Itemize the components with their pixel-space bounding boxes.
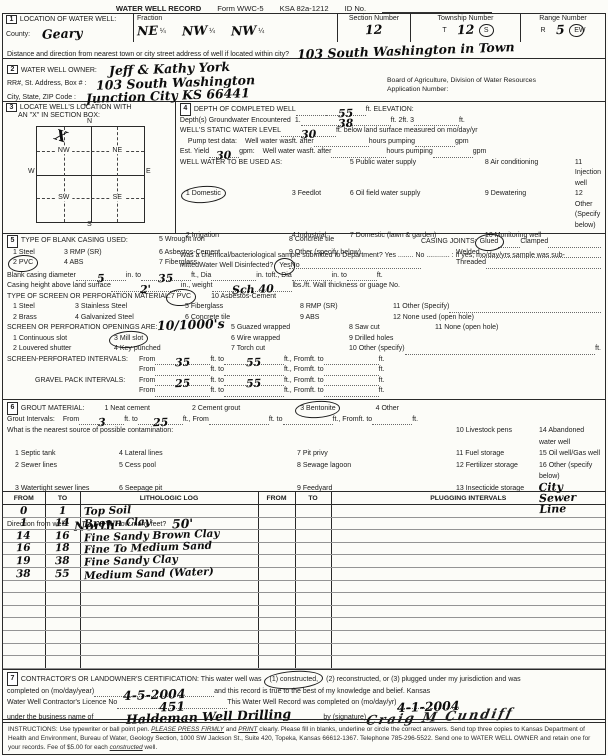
section-5-casing: 5TYPE OF BLANK CASING USED: 5 Wrought ir… bbox=[3, 234, 605, 400]
ft-label: ft. bbox=[379, 376, 385, 387]
ft-label: ft. bbox=[459, 116, 465, 127]
ft-label: ft. bbox=[595, 344, 601, 355]
from-label: From bbox=[63, 415, 79, 426]
in-to-label: in. to bbox=[126, 271, 141, 282]
joint-welded: Welded bbox=[456, 248, 480, 259]
groundwater-2-label: ft. 2 bbox=[391, 116, 403, 127]
openings-title-text: SCREEN OR PERFORATION OPENINGS ARE: bbox=[7, 324, 157, 331]
contamination-label: What is the nearest source of possible c… bbox=[7, 425, 456, 448]
litho-row: 1618Fine To Medium Sand bbox=[3, 542, 605, 555]
constructed-emphasis: constructed bbox=[110, 744, 143, 751]
col-plugging-intervals: PLUGGING INTERVALS bbox=[331, 492, 605, 505]
quadrant-ne-label: NE bbox=[109, 147, 125, 154]
groundwater-1-value: 38 bbox=[338, 118, 354, 130]
ft-from-label: ft., From bbox=[183, 415, 209, 426]
litho-from: 0 bbox=[20, 505, 28, 516]
litho-row-empty bbox=[3, 656, 605, 669]
compass-north-label: N bbox=[87, 118, 92, 125]
gpm-colon-label: gpm: bbox=[239, 147, 255, 158]
hours-pumping-label: hours pumping bbox=[369, 137, 415, 148]
section-7-certification: 7 CONTRACTOR'S OR LANDOWNER'S CERTIFICAT… bbox=[3, 670, 605, 720]
compass-east-label: E bbox=[146, 168, 151, 175]
fraction-label: Fraction bbox=[137, 15, 334, 22]
section-number-cell: Section Number 12 bbox=[338, 14, 411, 42]
range-value: 5 bbox=[555, 24, 564, 37]
groundwater-label: Depth(s) Groundwater Encountered bbox=[180, 116, 291, 127]
instructions-text-1c: and bbox=[224, 726, 238, 733]
static-level-label: WELL'S STATIC WATER LEVEL bbox=[180, 126, 281, 137]
screen-interval-to: 55 bbox=[246, 357, 262, 369]
joint-glued-circled: Glued bbox=[480, 237, 499, 248]
option-other-specify: 12 Other (Specify below) bbox=[575, 189, 601, 231]
contam-fertilizer-storage: 12 Fertilizer storage bbox=[456, 460, 539, 483]
from-label: From bbox=[139, 376, 155, 387]
form-number: Form WWC-5 bbox=[217, 4, 263, 13]
litho-to: 38 bbox=[55, 556, 70, 567]
screen-intervals-label: SCREEN-PERFORATED INTERVALS: bbox=[7, 355, 139, 366]
section-2-owner: 2 WATER WELL OWNER: Jeff & Kathy York RR… bbox=[3, 59, 605, 102]
screen-fiberglass: 5 Fiberglass bbox=[185, 302, 300, 313]
casing-height-label: Casing height above land surface bbox=[7, 281, 111, 292]
litho-row-empty bbox=[3, 605, 605, 618]
fraction-2: NW bbox=[182, 25, 208, 38]
section-6-grout: 6 GROUT MATERIAL: 1 Neat cement 2 Cement… bbox=[3, 400, 605, 492]
contam-septic-tank: 1 Septic tank bbox=[7, 448, 119, 460]
est-yield-label: Est. Yield bbox=[180, 147, 209, 158]
instructions-text-3a: records. Fee of $5.00 for each bbox=[22, 744, 109, 751]
ft-from-label: ft., From bbox=[333, 415, 359, 426]
id-number-blank bbox=[382, 4, 492, 13]
section-3-locate: 3LOCATE WELL'S LOCATION WITH AN "X" IN S… bbox=[3, 102, 176, 233]
ft-to-label: ft. to bbox=[210, 365, 224, 376]
owner-block: 2 WATER WELL OWNER: Jeff & Kathy York RR… bbox=[3, 59, 387, 101]
contam-livestock-pens: 10 Livestock pens bbox=[456, 425, 539, 448]
section-box-quarter-line bbox=[37, 198, 144, 199]
address-label: RR#, St. Address, Box # : bbox=[7, 80, 86, 87]
grout-neat-cement: 1 Neat cement bbox=[104, 404, 150, 415]
litho-desc: Brown Clay bbox=[83, 517, 150, 530]
col-from: FROM bbox=[3, 492, 45, 505]
location-cell: 1LOCATION OF WATER WELL: County: Geary bbox=[3, 14, 134, 42]
in-to-label: in. to bbox=[256, 271, 271, 282]
quadrant-se-label: SE bbox=[110, 194, 125, 201]
ft-after-label: ft. after bbox=[310, 147, 332, 158]
screen-pvc-circled: 7 PVC bbox=[171, 292, 191, 303]
litho-row: 114Brown Clay bbox=[3, 517, 605, 530]
opening-drilled-holes: 9 Drilled holes bbox=[349, 334, 435, 345]
quadrant-sw-label: SW bbox=[55, 194, 72, 201]
fraction-cell: Fraction NE ¼ NW ¼ NW ¼ bbox=[134, 14, 338, 42]
township-direction-circled: S bbox=[484, 27, 489, 34]
litho-from: 38 bbox=[16, 568, 31, 579]
hours-pumping-label: hours pumping bbox=[386, 147, 432, 158]
section-number-label: Section Number bbox=[341, 15, 407, 22]
litho-row: 3855Medium Sand (Water) bbox=[3, 567, 605, 580]
option-other-specify-below: 9 Other (specify below) bbox=[289, 248, 421, 259]
certification-text: CONTRACTOR'S OR LANDOWNER'S CERTIFICATIO… bbox=[21, 674, 262, 686]
ft-from-label: ft., From bbox=[284, 386, 310, 397]
option-pvc-circled: 2 PVC bbox=[13, 258, 33, 269]
quarter-mark-3: ¼ bbox=[258, 28, 264, 35]
fraction-3: NW bbox=[231, 25, 257, 38]
range-cell: Range Number R 5 EW bbox=[521, 14, 605, 42]
township-cell: Township Number T 12 S bbox=[411, 14, 521, 42]
screen-rmp-sr: 8 RMP (SR) bbox=[300, 302, 393, 313]
fraction-1: NE bbox=[137, 25, 158, 38]
section-box-quarter-line bbox=[117, 127, 118, 222]
section-3-number: 3 bbox=[6, 103, 17, 112]
application-number-label: Application Number: bbox=[387, 85, 605, 94]
instructions-footer: INSTRUCTIONS: Use typewriter or ball poi… bbox=[3, 722, 605, 754]
screen-interval-from: 35 bbox=[175, 357, 191, 369]
contam-abandoned-well: 14 Abandoned water well bbox=[539, 425, 601, 448]
ft-to-label: ft. to bbox=[310, 355, 324, 366]
board-of-agriculture-line: Board of Agriculture, Division of Water … bbox=[387, 76, 605, 85]
instructions-text-1a: INSTRUCTIONS: Use typewriter or ball poi… bbox=[8, 726, 151, 733]
col-to-2: TO bbox=[295, 492, 331, 505]
depth-label: DEPTH OF COMPLETED WELL bbox=[194, 105, 296, 116]
quadrant-nw-label: NW bbox=[55, 147, 73, 154]
litho-desc: Fine Sandy Clay bbox=[83, 554, 177, 568]
gravel-interval-to: 55 bbox=[246, 378, 262, 390]
litho-desc: Top Soil bbox=[83, 505, 131, 517]
litho-row-empty bbox=[3, 593, 605, 606]
litho-to: 55 bbox=[55, 568, 70, 579]
city-label: City, State, ZIP Code : bbox=[7, 94, 76, 101]
elevation-label: ft. ELEVATION: bbox=[366, 105, 414, 116]
quarter-mark-1: ¼ bbox=[160, 28, 166, 35]
constructed-circled: (1) constructed, bbox=[269, 674, 318, 686]
opening-continuous-slot: 1 Continuous slot bbox=[7, 334, 114, 345]
section-1-number: 1 bbox=[6, 15, 17, 24]
option-air-conditioning: 8 Air conditioning bbox=[485, 158, 575, 190]
option-public-water-supply: 5 Public water supply bbox=[350, 158, 485, 190]
contam-pit-privy: 7 Pit privy bbox=[297, 448, 456, 460]
gravel-pack-label: GRAVEL PACK INTERVALS: bbox=[7, 376, 139, 387]
option-rmp-sr: 3 RMP (SR) bbox=[64, 248, 159, 259]
opening-saw-cut: 8 Saw cut bbox=[349, 323, 435, 334]
option-oil-field-water-supply: 6 Oil field water supply bbox=[350, 189, 485, 231]
ft-dia-label: ft., Dia bbox=[191, 271, 211, 282]
litho-from: 1 bbox=[20, 518, 28, 529]
screen-other-specify: 11 Other (Specify) bbox=[393, 302, 449, 313]
gpm-label: gpm bbox=[473, 147, 487, 158]
litho-to: 16 bbox=[55, 530, 70, 541]
litho-from: 19 bbox=[16, 556, 31, 567]
county-label: County: bbox=[6, 31, 30, 38]
well-water-was-label: Well water was bbox=[263, 147, 310, 158]
section-number-value: 12 bbox=[365, 24, 383, 37]
screen-abs: 9 ABS bbox=[300, 313, 393, 324]
opening-none-open-hole: 11 None (open hole) bbox=[435, 323, 601, 334]
static-level-suffix: ft. below land surface measured on mo/da… bbox=[336, 126, 478, 137]
from-label: From bbox=[139, 365, 155, 376]
section-6-title: GROUT MATERIAL: bbox=[21, 404, 85, 415]
form-header: WATER WELL RECORD Form WWC-5 KSA 82a-121… bbox=[0, 0, 608, 14]
ft-to-label: ft. to bbox=[124, 415, 138, 426]
litho-row-empty bbox=[3, 643, 605, 656]
lithologic-log-section: FROM TO LITHOLOGIC LOG FROM TO PLUGGING … bbox=[3, 492, 605, 670]
in-to-label: in. to bbox=[332, 271, 347, 282]
section-5-title: TYPE OF BLANK CASING USED: bbox=[21, 237, 128, 244]
casing-diameter-in: 5 bbox=[97, 273, 105, 284]
instructions-text-3c: well. bbox=[143, 744, 158, 751]
section-2-title: WATER WELL OWNER: bbox=[21, 67, 97, 74]
contam-sewer-lines: 2 Sewer lines bbox=[7, 460, 119, 483]
pump-test-label: Pump test data: bbox=[188, 137, 237, 148]
blank-casing-options: 5TYPE OF BLANK CASING USED: 5 Wrought ir… bbox=[3, 235, 605, 269]
col-from-2: FROM bbox=[258, 492, 295, 505]
section-box-horizontal-line bbox=[37, 175, 144, 176]
well-use-options: WELL WATER TO BE USED AS: 5 Public water… bbox=[176, 158, 605, 242]
township-prefix: T bbox=[442, 27, 446, 34]
section-6-number: 6 bbox=[7, 402, 18, 415]
form-title: WATER WELL RECORD bbox=[116, 4, 201, 13]
ft-label: ft. bbox=[412, 415, 418, 426]
option-injection-well: 11 Injection well bbox=[575, 158, 601, 190]
litho-header-row: FROM TO LITHOLOGIC LOG FROM TO PLUGGING … bbox=[3, 492, 605, 505]
contam-cess-pool: 5 Cess pool bbox=[119, 460, 297, 483]
casing-joints-label: CASING JOINTS: bbox=[421, 237, 477, 248]
option-feedlot: 3 Feedlot bbox=[292, 189, 350, 231]
contam-other-specify: 16 Other (specify below) bbox=[539, 460, 601, 483]
distance-value: 103 South Washington in Town bbox=[297, 41, 515, 61]
grout-other: 4 Other bbox=[376, 404, 399, 415]
ft-to-label: ft. to bbox=[310, 376, 324, 387]
option-abs: 4 ABS bbox=[64, 258, 159, 269]
opening-torch-cut: 7 Torch cut bbox=[231, 344, 349, 355]
wall-thickness-label: lbs./ft. Wall thickness or guage No. bbox=[292, 281, 400, 292]
section-box: NW NE SW SE X bbox=[36, 126, 145, 223]
range-prefix: R bbox=[541, 27, 546, 34]
ft-to-label: ft. to bbox=[210, 376, 224, 387]
gpm-label: gpm bbox=[455, 137, 469, 148]
ft-label: ft. bbox=[379, 355, 385, 366]
quarter-mark-2: ¼ bbox=[209, 28, 215, 35]
col-lithologic-log: LITHOLOGIC LOG bbox=[80, 492, 258, 505]
section-5-number: 5 bbox=[7, 235, 18, 248]
range-direction-circled: E bbox=[574, 27, 579, 34]
joint-clamped: Clamped bbox=[520, 237, 548, 248]
form-body: 1LOCATION OF WATER WELL: County: Geary F… bbox=[2, 13, 606, 755]
township-value: 12 bbox=[456, 24, 474, 37]
section-box-x-mark: X bbox=[53, 127, 69, 145]
ft-to-label: ft. to bbox=[210, 386, 224, 397]
ft-from-label: ft., From bbox=[284, 355, 310, 366]
section-2-number: 2 bbox=[7, 65, 18, 74]
litho-to: 1 bbox=[59, 505, 67, 516]
contam-lateral-lines: 4 Lateral lines bbox=[119, 448, 297, 460]
option-fiberglass: 7 Fiberglass bbox=[159, 258, 289, 269]
litho-from: 16 bbox=[16, 543, 31, 554]
county-value: Geary bbox=[42, 27, 83, 41]
ft-to-label: ft. to bbox=[310, 386, 324, 397]
casing-diameter-ft: 35 bbox=[158, 273, 174, 285]
distance-label: Distance and direction from nearest town… bbox=[7, 51, 289, 58]
ft-label: ft. bbox=[377, 271, 383, 282]
press-firmly-emphasis: PLEASE PRESS FIRMLY bbox=[151, 726, 224, 733]
ft-from-label: ft., From bbox=[284, 376, 310, 387]
litho-desc: Medium Sand (Water) bbox=[83, 566, 213, 581]
grout-to: 25 bbox=[152, 417, 168, 429]
opening-wire-wrapped: 6 Wire wrapped bbox=[231, 334, 349, 345]
screen-none-used: 12 None used (open hole) bbox=[393, 313, 601, 324]
est-yield-value: 30 bbox=[216, 149, 232, 161]
opening-other-specify: 10 Other (specify) bbox=[349, 344, 405, 355]
well-use-label: WELL WATER TO BE USED AS: bbox=[180, 158, 350, 190]
ft-dia-label: ft., Dia bbox=[271, 271, 291, 282]
grout-from: 3 bbox=[98, 417, 106, 428]
grout-bentonite-circled: 3 Bentonite bbox=[300, 404, 335, 415]
well-water-was-label: Well water was bbox=[245, 137, 292, 148]
casing-diameter-label: Blank casing diameter bbox=[7, 271, 76, 282]
lithologic-log-table: FROM TO LITHOLOGIC LOG FROM TO PLUGGING … bbox=[3, 492, 605, 669]
option-dewatering: 9 Dewatering bbox=[485, 189, 575, 231]
litho-row: 01Top Soil bbox=[3, 505, 605, 518]
water-well-record-form: WATER WELL RECORD Form WWC-5 KSA 82a-121… bbox=[0, 0, 608, 756]
opening-louvered-shutter: 2 Louvered shutter bbox=[7, 344, 114, 355]
static-level-value: 30 bbox=[301, 128, 317, 140]
litho-row: 1416Fine Sandy Brown Clay bbox=[3, 530, 605, 543]
ft-to-label: ft. to bbox=[310, 365, 324, 376]
grout-intervals-label: Grout Intervals: bbox=[7, 415, 55, 426]
screen-material-options: 1 Steel 3 Stainless Steel 5 Fiberglass 8… bbox=[3, 302, 605, 323]
print-emphasis: PRINT bbox=[238, 726, 257, 733]
certification-options: (2) reconstructed, or (3) plugged under … bbox=[326, 674, 521, 686]
section-1-header-row: 1LOCATION OF WATER WELL: County: Geary F… bbox=[3, 14, 605, 42]
from-label: From bbox=[139, 386, 155, 397]
opening-mill-slot-circled: 3 Mill slot bbox=[114, 334, 143, 345]
screen-steel: 1 Steel bbox=[7, 302, 75, 313]
litho-to: 14 bbox=[55, 518, 70, 529]
openings-value: 10/1000's bbox=[157, 318, 225, 333]
ft-to-label: ft. to bbox=[359, 415, 373, 426]
section-1-title: LOCATION OF WATER WELL: bbox=[20, 16, 116, 23]
certification-post: and this record is true to the best of m… bbox=[214, 686, 430, 698]
from-label: From bbox=[139, 355, 155, 366]
joint-threaded: Threaded bbox=[456, 258, 486, 269]
contam-sewage-lagoon: 8 Sewage lagoon bbox=[297, 460, 456, 483]
contam-fuel-storage: 11 Fuel storage bbox=[456, 448, 539, 460]
casing-height-value: 2' bbox=[140, 283, 151, 294]
compass-west-label: W bbox=[28, 168, 35, 175]
section-4-number: 4 bbox=[180, 103, 191, 116]
option-asbestos-cement: 6 Asbestos-Cement bbox=[159, 248, 289, 259]
weight-value: Sch 40 bbox=[231, 283, 273, 295]
litho-row: 1938Fine Sandy Clay bbox=[3, 555, 605, 568]
litho-to: 18 bbox=[55, 543, 70, 554]
ft-label: ft. bbox=[379, 365, 385, 376]
option-wrought-iron: 5 Wrought iron bbox=[159, 235, 289, 248]
distance-row: Distance and direction from nearest town… bbox=[3, 42, 605, 58]
contam-oil-gas-well: 15 Oil well/Gas well bbox=[539, 448, 601, 460]
litho-row-empty bbox=[3, 618, 605, 631]
opening-guazed-wrapped: 5 Guazed wrapped bbox=[231, 323, 349, 334]
id-number-label: ID No. bbox=[345, 4, 367, 13]
groundwater-3-label: ft. 3 bbox=[402, 116, 414, 127]
section-4-depth: 4 DEPTH OF COMPLETED WELL 55 ft. ELEVATI… bbox=[176, 102, 605, 233]
completed-on-label: completed on (mo/day/year) bbox=[7, 686, 94, 698]
ft-label: ft. bbox=[379, 386, 385, 397]
board-block: Board of Agriculture, Division of Water … bbox=[387, 59, 605, 101]
ft-from-label: ft., From bbox=[284, 365, 310, 376]
ft-to-label: ft. to bbox=[210, 355, 224, 366]
township-label: Township Number bbox=[414, 15, 517, 22]
section-box-quarter-line bbox=[37, 151, 144, 152]
option-domestic-circled: 1 Domestic bbox=[186, 189, 221, 200]
grout-cement-grout: 2 Cement grout bbox=[192, 404, 240, 415]
litho-row-empty bbox=[3, 630, 605, 643]
section-7-number: 7 bbox=[7, 672, 18, 686]
ft-to-label: ft. to bbox=[269, 415, 283, 426]
openings-options: SCREEN OR PERFORATION OPENINGS ARE: 10/1… bbox=[3, 323, 605, 355]
form-statute: KSA 82a-1212 bbox=[280, 4, 329, 13]
option-concrete-tile: 8 Concrete tile bbox=[289, 235, 421, 248]
section-1-location: 1LOCATION OF WATER WELL: County: Geary F… bbox=[3, 14, 605, 59]
col-to: TO bbox=[45, 492, 80, 505]
section-3-4-row: 3LOCATE WELL'S LOCATION WITH AN "X" IN S… bbox=[3, 102, 605, 234]
screen-brass: 2 Brass bbox=[7, 313, 75, 324]
section-3-title-line1: LOCATE WELL'S LOCATION WITH bbox=[20, 104, 132, 111]
litho-from: 14 bbox=[16, 530, 31, 541]
gravel-interval-from: 25 bbox=[175, 378, 191, 390]
licence-label: Water Well Contractor's Licence No bbox=[7, 697, 117, 709]
